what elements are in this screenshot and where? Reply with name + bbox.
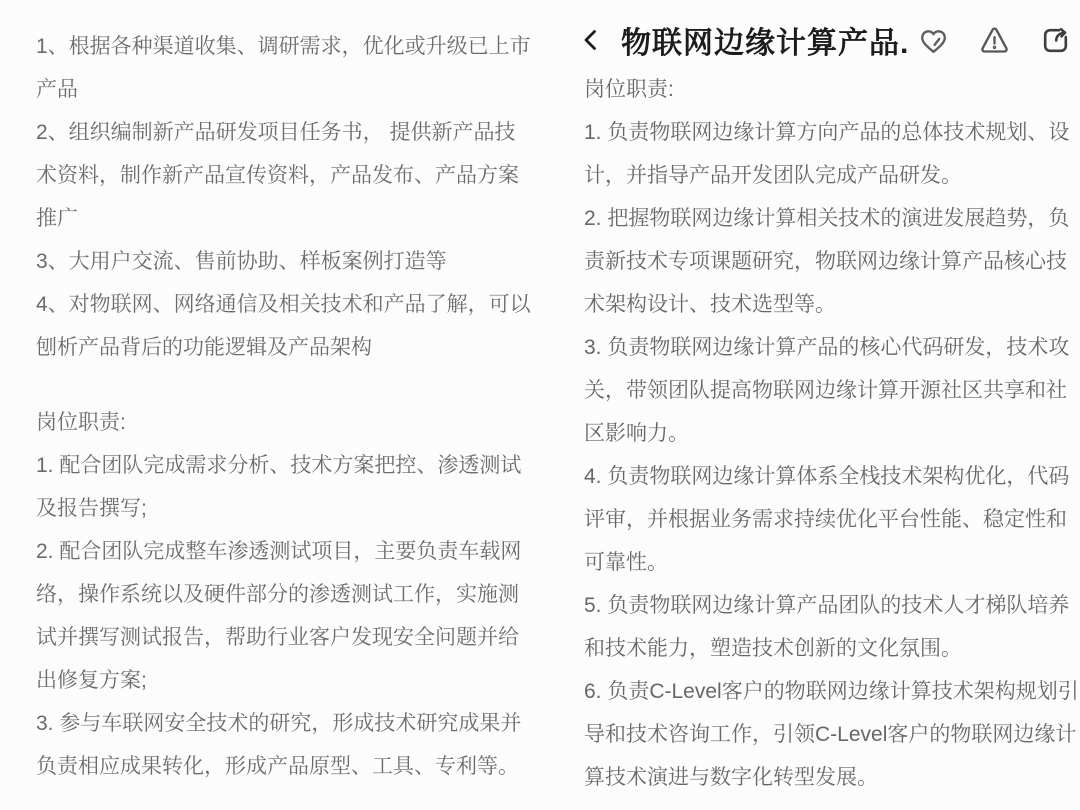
text-line: 负责相应成果转化，形成产品原型、工具、专利等。 xyxy=(36,745,548,788)
text-line: 1. 配合团队完成需求分析、技术方案把控、渗透测试 xyxy=(36,444,548,487)
text-line: 产品 xyxy=(36,68,548,111)
heart-favorite-icon[interactable] xyxy=(917,24,950,57)
text-line: 区影响力。 xyxy=(584,412,1078,455)
detail-header: 物联网边缘计算产品... xyxy=(578,18,1078,62)
text-line: 3. 参与车联网安全技术的研究，形成技术研究成果并 xyxy=(36,702,548,745)
text-line: 计，并指导产品开发团队完成产品研发。 xyxy=(584,154,1078,197)
text-line: 2、组织编制新产品研发项目任务书， 提供新产品技 xyxy=(36,111,548,154)
text-line: 关，带领团队提高物联网边缘计算开源社区共享和社 xyxy=(584,369,1078,412)
text-line: 术架构设计、技术选型等。 xyxy=(584,283,1078,326)
text-line: 1、根据各种渠道收集、调研需求，优化或升级已上市 xyxy=(36,25,548,68)
text-line xyxy=(36,369,548,401)
text-line: 试并撰写测试报告，帮助行业客户发现安全问题并给 xyxy=(36,616,548,659)
back-icon[interactable] xyxy=(578,27,604,53)
text-line: 5. 负责物联网边缘计算产品团队的技术人才梯队培养 xyxy=(584,584,1078,627)
text-line: 出修复方案; xyxy=(36,659,548,702)
text-line: 1. 负责物联网边缘计算方向产品的总体技术规划、设 xyxy=(584,111,1078,154)
page-title: 物联网边缘计算产品... xyxy=(621,18,909,62)
text-line: 络，操作系统以及硬件部分的渗透测试工作，实施测 xyxy=(36,573,548,616)
header-action-icons xyxy=(917,24,1072,57)
text-line: 4、对物联网、网络通信及相关技术和产品了解，可以 xyxy=(36,283,548,326)
text-line: 及报告撰写; xyxy=(36,487,548,530)
text-line: 3. 负责物联网边缘计算产品的核心代码研发，技术攻 xyxy=(584,326,1078,369)
text-line: 和技术能力，塑造技术创新的文化氛围。 xyxy=(584,627,1078,670)
text-line: 刨析产品背后的功能逻辑及产品架构 xyxy=(36,326,548,369)
text-line: 3、大用户交流、售前协助、样板案例打造等 xyxy=(36,240,548,283)
share-icon[interactable] xyxy=(1039,24,1072,57)
report-warning-icon[interactable] xyxy=(978,24,1011,57)
left-job-description-text: 1、根据各种渠道收集、调研需求，优化或升级已上市产品2、组织编制新产品研发项目任… xyxy=(36,25,548,788)
text-line: 岗位职责: xyxy=(36,401,548,444)
text-line: 2. 配合团队完成整车渗透测试项目，主要负责车载网 xyxy=(36,530,548,573)
text-line: 术资料，制作新产品宣传资料，产品发布、产品方案 xyxy=(36,154,548,197)
text-line: 岗位职责: xyxy=(584,68,1078,111)
job-duties-text: 岗位职责:1. 负责物联网边缘计算方向产品的总体技术规划、设计，并指导产品开发团… xyxy=(584,68,1078,799)
text-line: 算技术演进与数字化转型发展。 xyxy=(584,756,1078,799)
text-line: 评审，并根据业务需求持续优化平台性能、稳定性和 xyxy=(584,498,1078,541)
text-line: 2. 把握物联网边缘计算相关技术的演进发展趋势，负 xyxy=(584,197,1078,240)
text-line: 可靠性。 xyxy=(584,541,1078,584)
text-line: 4. 负责物联网边缘计算体系全栈技术架构优化，代码 xyxy=(584,455,1078,498)
text-line: 6. 负责C-Level客户的物联网边缘计算技术架构规划引 xyxy=(584,670,1078,713)
text-line: 推广 xyxy=(36,197,548,240)
app-canvas: 1、根据各种渠道收集、调研需求，优化或升级已上市产品2、组织编制新产品研发项目任… xyxy=(0,0,1080,810)
text-line: 导和技术咨询工作，引领C-Level客户的物联网边缘计 xyxy=(584,713,1078,756)
text-line: 责新技术专项课题研究，物联网边缘计算产品核心技 xyxy=(584,240,1078,283)
job-detail-panel: 物联网边缘计算产品... xyxy=(578,0,1078,799)
